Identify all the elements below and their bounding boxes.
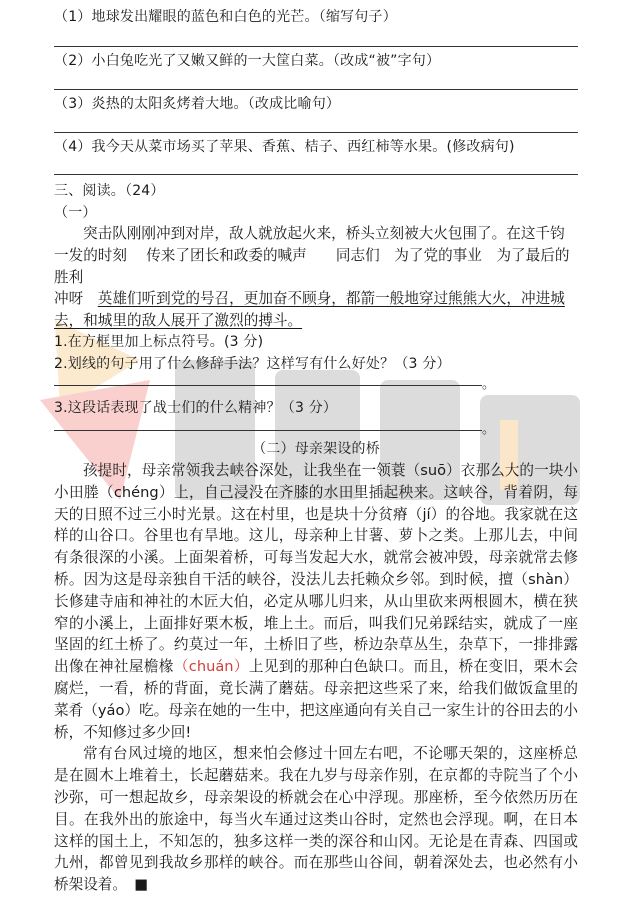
answer-line-2[interactable] <box>54 89 578 90</box>
paragraph-text: 孩提时，母亲常领我去峡谷深处，让我坐在一领蓑（suō）衣那么大的一块小小田塍（c… <box>54 462 578 675</box>
passage-line: 突击队刚刚冲到对岸，敌人就放起火来，桥头立刻被大火包围了。在这千钧 <box>54 223 578 245</box>
answer-end-period: 。 <box>482 373 495 392</box>
passage-paragraph-2: 常有台风过境的地区，想来怕会修过十回左右吧，不论哪天架的，这座桥总是在圆木上堆着… <box>54 743 578 896</box>
answer-line-4[interactable] <box>54 174 578 175</box>
pinyin-annotation: （chuán） <box>174 658 249 675</box>
passage-line: 冲呀 <box>54 290 98 307</box>
answer-line-3[interactable] <box>54 132 578 133</box>
exercise-1: （1）地球发出耀眼的蓝色和白色的光芒。（缩写句子） <box>54 6 397 26</box>
answer-line-1[interactable] <box>54 46 578 47</box>
answer-end-period: 。 <box>482 418 495 437</box>
answer-line-q3[interactable] <box>54 430 482 431</box>
exercise-4: （4）我今天从菜市场买了苹果、香蕉、桔子、西红柿等水果。(修改病句) <box>54 136 515 156</box>
underlined-sentence-end: 去，和城里的敌人展开了激烈的搏斗。 <box>54 312 302 329</box>
paragraph-text: 常有台风过境的地区，想来怕会修过十回左右吧，不论哪天架的，这座桥总是在圆木上堆着… <box>54 745 578 893</box>
part1-label: （一） <box>54 202 97 222</box>
answer-line-q2[interactable] <box>54 385 482 386</box>
question-2: 2.划线的句子用了什么修辞手法？这样写有什么好处？（3 分） <box>54 353 451 373</box>
part2-title: （二）母亲架设的桥 <box>54 438 578 458</box>
question-1: 1.在方框里加上标点符号。(3 分) <box>54 331 263 351</box>
exercise-3: （3）炎热的太阳炙烤着大地。（改成比喻句） <box>54 93 340 113</box>
question-3: 3.这段话表现了战士们的什么精神？（3 分） <box>54 397 337 417</box>
part2-passage: 孩提时，母亲常领我去峡谷深处，让我坐在一领蓑（suō）衣那么大的一块小小田塍（c… <box>54 460 578 896</box>
exercise-2: （2）小白兔吃光了又嫩又鲜的一大筐白菜。（改成“被”字句） <box>54 50 440 70</box>
part1-passage: 突击队刚刚冲到对岸，敌人就放起火来，桥头立刻被大火包围了。在这千钧 一发的时刻 … <box>54 223 578 332</box>
section-title: 三、阅读。（24） <box>54 180 165 200</box>
passage-line: 一发的时刻 传来了团长和政委的喊声 同志们 为了党的事业 为了最后的 <box>54 245 578 267</box>
passage-line: 胜利 <box>54 267 578 289</box>
underlined-sentence: 英雄们听到党的号召，更加奋不顾身，都箭一般地穿过熊熊大火，冲进城 <box>98 290 565 307</box>
end-mark: ■ <box>134 876 148 893</box>
passage-paragraph-1: 孩提时，母亲常领我去峡谷深处，让我坐在一领蓑（suō）衣那么大的一块小小田塍（c… <box>54 460 578 743</box>
